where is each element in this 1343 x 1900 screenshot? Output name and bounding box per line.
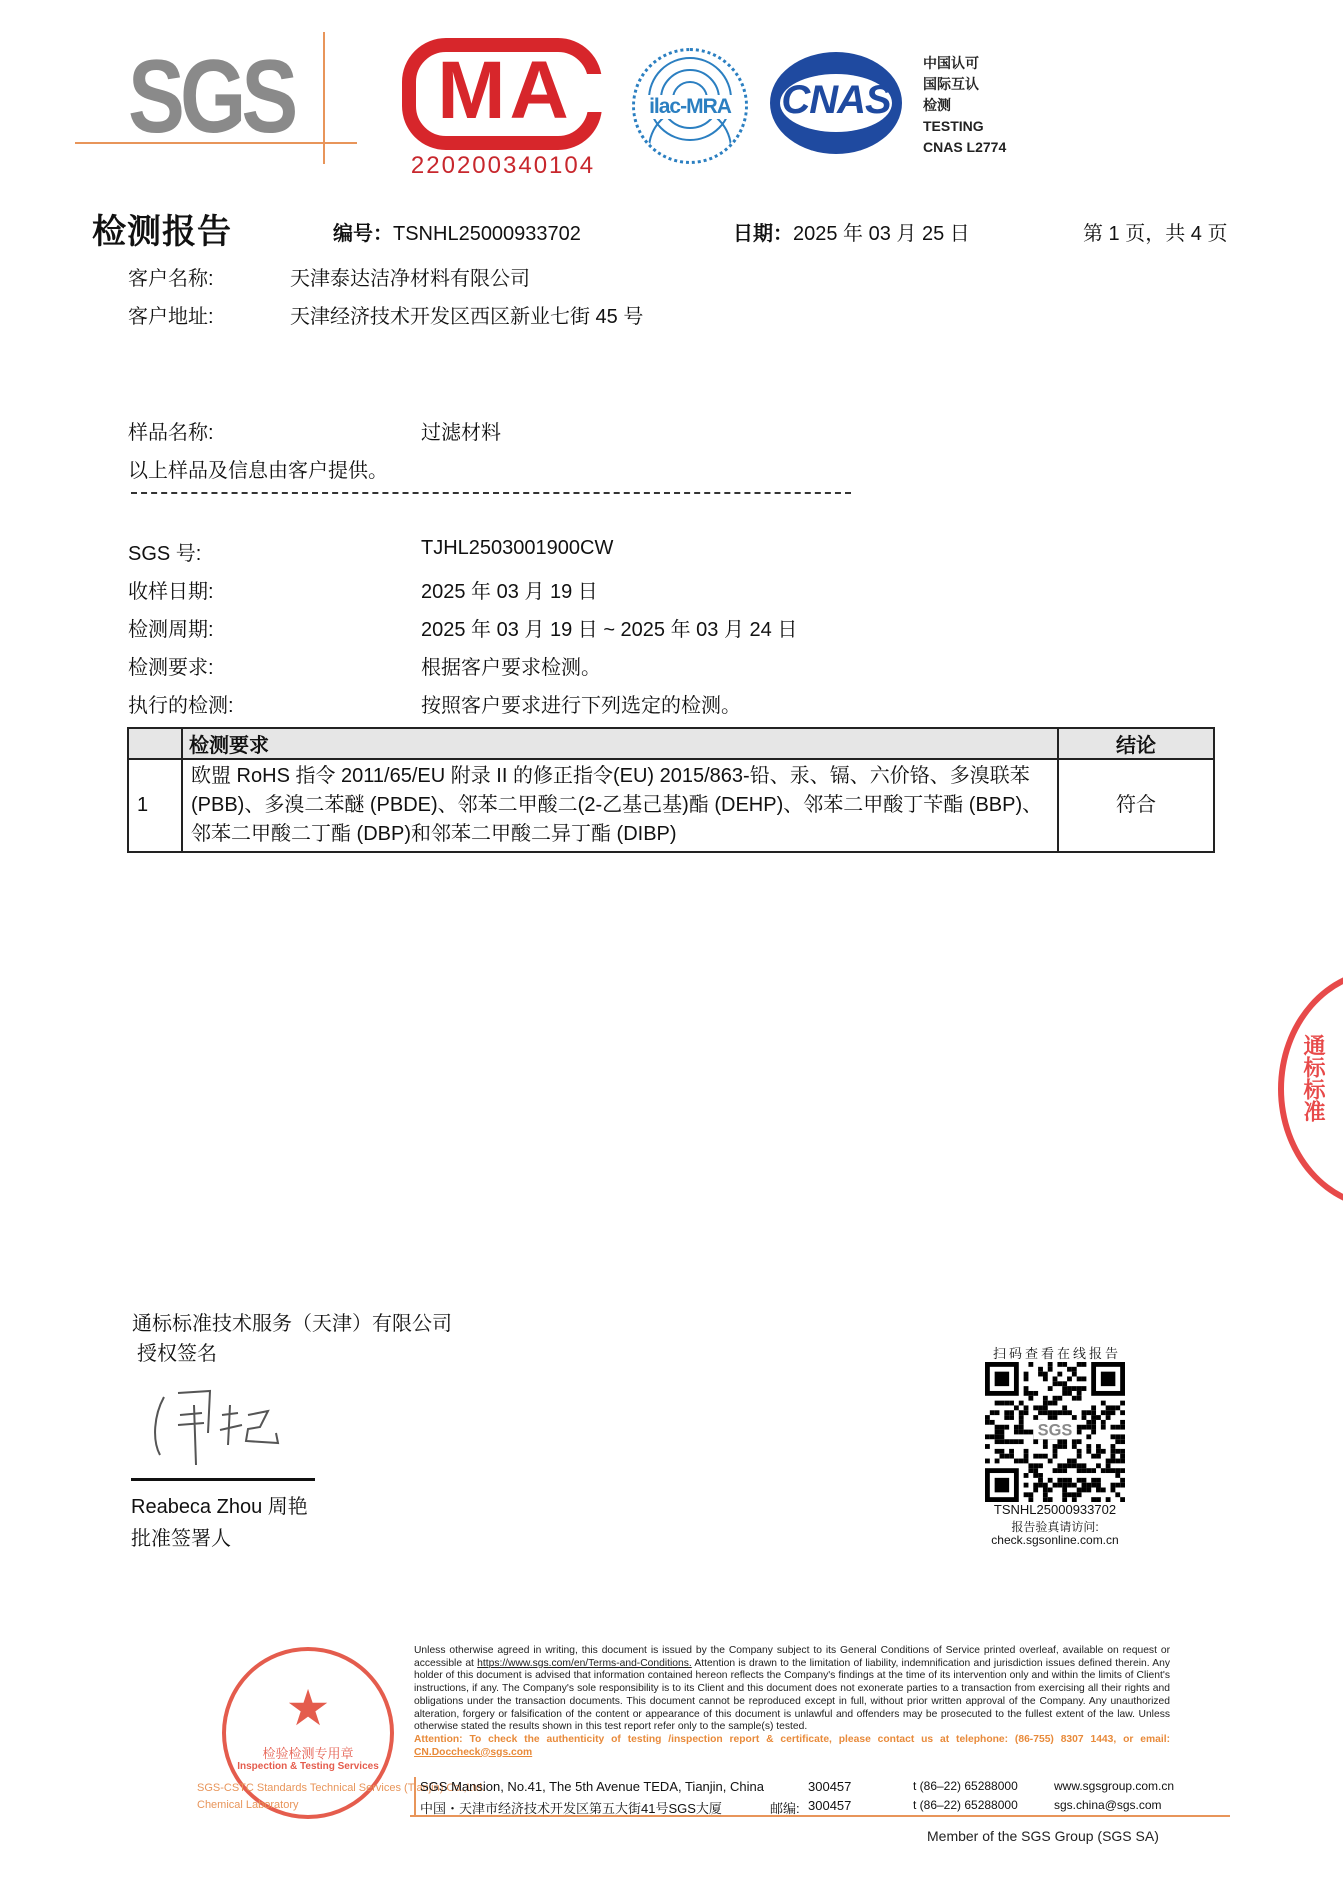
website-link[interactable]: www.sgsgroup.com.cn xyxy=(1054,1779,1174,1793)
table-row: 1 欧盟 RoHS 指令 2011/65/EU 附录 II 的修正指令(EU) … xyxy=(128,759,1214,852)
cnas-caption-line: TESTING xyxy=(923,116,1006,137)
ilac-mra-label: ilac-MRA xyxy=(635,95,745,119)
sgs-logo-rule xyxy=(323,32,325,164)
cma-logo: MA xyxy=(420,50,590,132)
received-date: 2025 年 03 月 19 日 xyxy=(421,575,598,604)
client-address-label: 客户地址: xyxy=(128,300,214,329)
header-requirement: 检测要求 xyxy=(182,728,1058,759)
doccheck-email-link[interactable]: CN.Doccheck@sgs.com xyxy=(414,1747,532,1758)
signature-line xyxy=(131,1478,315,1481)
report-number: 编号：TSNHL25000933702 xyxy=(333,217,581,246)
sample-name: 过滤材料 xyxy=(421,416,501,445)
cnas-caption-line: CNAS L2774 xyxy=(923,137,1006,158)
postcode-zh: 300457 xyxy=(808,1798,851,1813)
cnas-logo: CNAS xyxy=(770,52,902,154)
stamp-center-zh: 检验检测专用章 xyxy=(226,1743,390,1762)
sample-name-label: 样品名称: xyxy=(128,416,214,445)
qr-report-number: TSNHL25000933702 xyxy=(965,1502,1145,1517)
table-header-row: 检测要求 结论 xyxy=(128,728,1214,759)
sgs-number-label: SGS 号: xyxy=(128,537,201,566)
stamp-text: 通标标准 xyxy=(1298,1034,1329,1122)
report-number-label: 编号： xyxy=(333,223,393,245)
client-address: 天津经济技术开发区西区新业七街 45 号 xyxy=(290,300,643,329)
cnas-caption-line: 中国认可 xyxy=(923,53,1006,74)
client-name: 天津泰达洁净材料有限公司 xyxy=(290,262,530,291)
sgs-number: TJHL2503001900CW xyxy=(421,537,613,560)
telephone: t (86–22) 65288000 xyxy=(913,1779,1018,1793)
header-index xyxy=(128,728,182,759)
signer-role: 批准签署人 xyxy=(131,1522,231,1551)
test-requirement-label: 检测要求: xyxy=(128,651,214,680)
received-date-label: 收样日期: xyxy=(128,575,214,604)
svg-text:SGS: SGS xyxy=(1038,1421,1073,1439)
cnas-caption: 中国认可 国际互认 检测 TESTING CNAS L2774 xyxy=(923,53,1006,158)
contact-email-link[interactable]: sgs.china@sgs.com xyxy=(1054,1798,1162,1812)
page-info: 第 1 页，共 4 页 xyxy=(1083,217,1227,246)
test-period: 2025 年 03 月 19 日 ~ 2025 年 03 月 24 日 xyxy=(421,613,797,642)
telephone: t (86–22) 65288000 xyxy=(913,1798,1018,1812)
authenticity-notice: Attention: To check the authenticity of … xyxy=(414,1734,1170,1758)
stamp-center-en: Inspection & Testing Services xyxy=(226,1761,390,1772)
requirements-table: 检测要求 结论 1 欧盟 RoHS 指令 2011/65/EU 附录 II 的修… xyxy=(127,727,1215,853)
sgs-group-member: Member of the SGS Group (SGS SA) xyxy=(927,1828,1159,1844)
row-index: 1 xyxy=(128,759,182,852)
qr-caption: 扫码查看在线报告 xyxy=(982,1343,1132,1362)
postcode-zh-label: 邮编: xyxy=(770,1798,800,1817)
cma-number: 220200340104 xyxy=(398,152,608,180)
report-date: 日期：2025 年 03 月 25 日 xyxy=(733,217,970,246)
report-number-value: TSNHL25000933702 xyxy=(393,223,581,245)
client-name-label: 客户名称: xyxy=(128,262,214,291)
report-date-label: 日期： xyxy=(733,223,793,245)
sgs-logo: SGS xyxy=(128,45,293,149)
attention-text: Attention: To check the authenticity of … xyxy=(414,1734,1170,1745)
qr-code[interactable]: SGS xyxy=(982,1362,1128,1502)
footer-rule xyxy=(414,1777,416,1817)
sgs-logo-rule xyxy=(75,142,357,144)
star-icon: ★ xyxy=(286,1683,331,1733)
tests-performed-label: 执行的检测: xyxy=(128,689,234,718)
signer-name: Reabeca Zhou 周艳 xyxy=(131,1490,308,1519)
report-title: 检测报告 xyxy=(92,204,232,253)
section-divider xyxy=(131,492,851,494)
postcode-en: 300457 xyxy=(808,1779,851,1794)
ilac-mra-logo: ilac-MRA xyxy=(632,48,748,164)
handwritten-signature xyxy=(150,1385,310,1475)
header-conclusion: 结论 xyxy=(1058,728,1214,759)
test-requirement: 根据客户要求检测。 xyxy=(421,651,601,680)
official-stamp-partial: 通标标准 xyxy=(1278,968,1343,1210)
cnas-caption-line: 国际互认 xyxy=(923,74,1006,95)
cnas-logo-text: CNAS xyxy=(770,78,902,123)
address-zh: 中国・天津市经济技术开发区第五大街41号SGS大厦 xyxy=(420,1798,722,1817)
row-conclusion: 符合 xyxy=(1058,759,1214,852)
authorized-signature-label: 授权签名 xyxy=(137,1337,217,1366)
address-en: SGS Mansion, No.41, The 5th Avenue TEDA,… xyxy=(420,1779,764,1794)
report-date-value: 2025 年 03 月 25 日 xyxy=(793,223,970,245)
cnas-caption-line: 检测 xyxy=(923,95,1006,116)
qr-verify-url[interactable]: check.sgsonline.com.cn xyxy=(965,1533,1145,1547)
row-requirement: 欧盟 RoHS 指令 2011/65/EU 附录 II 的修正指令(EU) 20… xyxy=(182,759,1058,852)
tests-performed: 按照客户要求进行下列选定的检测。 xyxy=(421,689,741,718)
legal-disclaimer: Unless otherwise agreed in writing, this… xyxy=(414,1645,1170,1759)
test-period-label: 检测周期: xyxy=(128,613,214,642)
issuing-company: 通标标准技术服务（天津）有限公司 xyxy=(132,1307,452,1336)
terms-link[interactable]: https://www.sgs.com/en/Terms-and-Conditi… xyxy=(477,1658,692,1669)
sample-note: 以上样品及信息由客户提供。 xyxy=(128,454,388,483)
